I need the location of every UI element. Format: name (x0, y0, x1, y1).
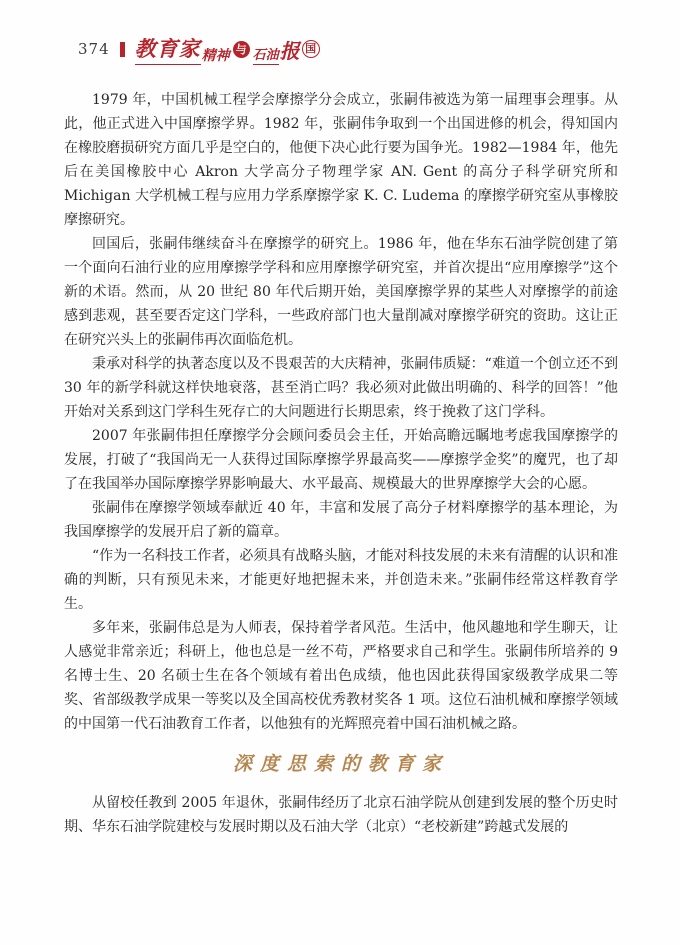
logo-circle-yu-icon: 与 (233, 41, 250, 58)
book-page: 374 教育家 精神 与 石油 报 国 1979 年，中国机械工程学会摩擦学分会… (0, 0, 680, 945)
paragraph-1: 1979 年，中国机械工程学会摩擦学分会成立，张嗣伟被选为第一届理事会理事。从此… (64, 88, 618, 232)
logo-text-educator: 教育家 (135, 33, 201, 65)
page-header: 374 教育家 精神 与 石油 报 国 (78, 36, 320, 62)
logo-text-spirit: 精神 (202, 45, 230, 65)
logo-text-petroleum: 石油 (253, 44, 279, 65)
logo-text-serve: 报 (280, 35, 300, 64)
paragraph-5: 张嗣伟在摩擦学领域奉献近 40 年，丰富和发展了高分子材料摩擦学的基本理论，为我… (64, 496, 618, 544)
paragraph-4: 2007 年张嗣伟担任摩擦学分会顾问委员会主任，开始高瞻远瞩地考虑我国摩擦学的发… (64, 424, 618, 496)
book-title-logo: 教育家 精神 与 石油 报 国 (135, 33, 320, 65)
logo-circle-country-icon: 国 (302, 40, 320, 58)
paragraph-8: 从留校任教到 2005 年退休，张嗣伟经历了北京石油学院从创建到发展的整个历史时… (64, 791, 618, 839)
paragraph-3: 秉承对科学的执著态度以及不畏艰苦的大庆精神，张嗣伟质疑：“难道一个创立还不到 3… (64, 352, 618, 424)
page-number: 374 (78, 40, 110, 58)
header-divider-bar (120, 42, 125, 57)
paragraph-2: 回国后，张嗣伟继续奋斗在摩擦学的研究上。1986 年，他在华东石油学院创建了第一… (64, 232, 618, 352)
paragraph-6: “作为一名科技工作者，必须具有战略头脑，才能对科技发展的未来有清醒的认识和准确的… (64, 544, 618, 616)
section-heading: 深度思索的教育家 (64, 749, 618, 776)
paragraph-7: 多年来，张嗣伟总是为人师表，保持着学者风范。生活中，他风趣地和学生聊天，让人感觉… (64, 616, 618, 736)
page-content: 1979 年，中国机械工程学会摩擦学分会成立，张嗣伟被选为第一届理事会理事。从此… (64, 88, 618, 839)
